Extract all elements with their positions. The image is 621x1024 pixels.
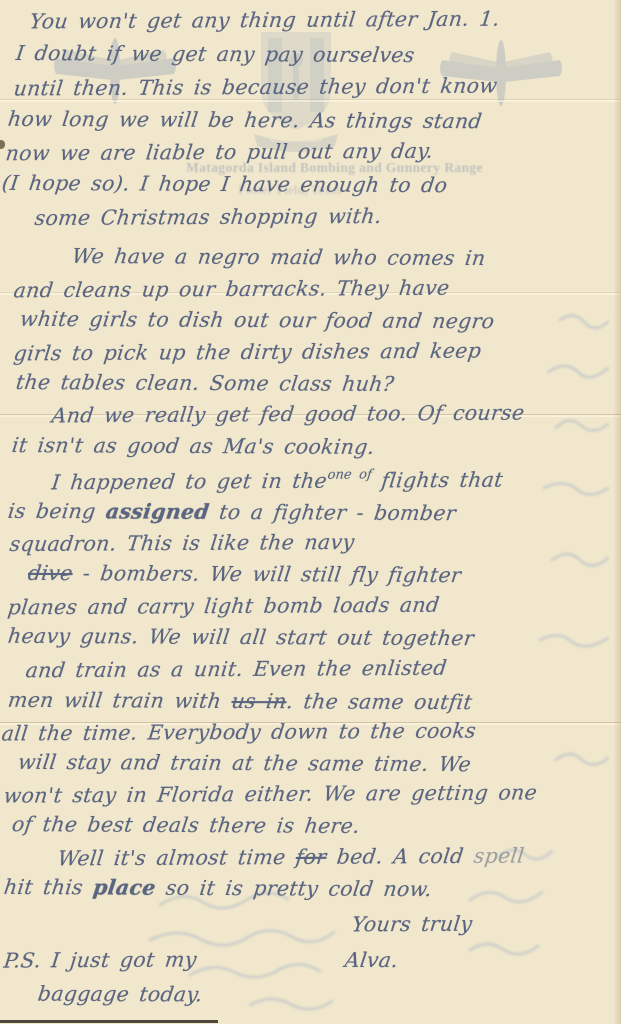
letter-text-segment: You won't get any thing until after Jan.… bbox=[28, 7, 501, 34]
letter-text-segment: place bbox=[92, 875, 157, 899]
letter-text-segment: won't stay in Florida either. We are get… bbox=[2, 780, 538, 807]
letter-line-body: of the best deals there is here. bbox=[11, 812, 362, 838]
letter-text-segment: bed. A cold bbox=[325, 844, 475, 869]
letter-line-body: and cleans up our barracks. They have bbox=[12, 276, 450, 303]
letter-text-segment: men will train with bbox=[7, 688, 234, 713]
letter-text-segment: I doubt if we get any pay ourselves bbox=[15, 41, 417, 67]
letter-text-segment: planes and carry light bomb loads and bbox=[6, 593, 441, 620]
letter-text-segment: white girls to dish out our food and neg… bbox=[19, 307, 496, 333]
letter-text-segment: And we really get fed good too. Of cours… bbox=[50, 401, 525, 428]
letter-line-body: squadron. This is like the navy bbox=[8, 530, 355, 556]
letter-line-body: We have a negro maid who comes in bbox=[71, 244, 487, 270]
letter-line-body: now we are liable to pull out any day. bbox=[4, 139, 434, 166]
letter-text-segment: We have a negro maid who comes in bbox=[71, 244, 487, 270]
letter-line-body: white girls to dish out our food and neg… bbox=[19, 307, 496, 333]
letter-text-segment: us in bbox=[230, 689, 288, 713]
letter-text-segment: one of bbox=[327, 467, 373, 482]
letter-text-segment: P.S. I just got my bbox=[3, 947, 199, 972]
letter-line-body: I happened to get in theone of flights t… bbox=[50, 467, 504, 495]
letter-line-signature: Alva. bbox=[343, 948, 399, 972]
letter-line-body: is being assigned to a fighter - bomber bbox=[7, 499, 458, 525]
letter-line-body: won't stay in Florida either. We are get… bbox=[2, 780, 538, 807]
letter-text-segment: spell bbox=[472, 844, 525, 868]
letter-line-postscript: baggage today. bbox=[37, 982, 205, 1007]
letter-line-body: You won't get any thing until after Jan.… bbox=[28, 7, 501, 34]
letter-line-body: will stay and train at the same time. We bbox=[17, 750, 473, 776]
letter-text-segment: all the time. Everybody down to the cook… bbox=[0, 719, 477, 746]
letter-text-segment: to a fighter - bomber bbox=[208, 500, 458, 525]
letter-text-segment: girls to pick up the dirty dishes and ke… bbox=[12, 339, 482, 366]
letter-text-segment: will stay and train at the same time. We bbox=[17, 750, 473, 776]
letter-text-segment: I happened to get in the bbox=[50, 469, 328, 495]
letter-text-segment: . the same outfit bbox=[285, 689, 474, 714]
letter-line-body: it isn't as good as Ma's cooking. bbox=[11, 433, 377, 459]
letter-text-segment: how long we will be here. As things stan… bbox=[7, 107, 484, 133]
letter-text-segment: dive bbox=[27, 561, 75, 585]
letter-text-segment: Alva. bbox=[343, 948, 399, 972]
letter-line-body: Well it's almost time for bed. A cold sp… bbox=[56, 844, 525, 871]
letter-line-postscript: P.S. I just got my bbox=[3, 947, 199, 972]
letter-text-segment: it isn't as good as Ma's cooking. bbox=[11, 433, 377, 459]
letter-text-segment: (I hope so). I hope I have enough to do bbox=[1, 171, 449, 197]
letter-line-body: I doubt if we get any pay ourselves bbox=[15, 41, 417, 67]
letter-line-body: all the time. Everybody down to the cook… bbox=[0, 719, 477, 746]
letter-line-body: until then. This is because they don't k… bbox=[12, 74, 498, 101]
letter-text-segment: until then. This is because they don't k… bbox=[12, 74, 498, 101]
letter-text-segment: the tables clean. Some class huh? bbox=[15, 370, 396, 396]
letter-line-body: some Christmas shopping with. bbox=[33, 204, 383, 230]
letter-text-segment: so it is pretty cold now. bbox=[154, 876, 433, 901]
letter-text-segment: flights that bbox=[370, 468, 505, 493]
letter-line-body: the tables clean. Some class huh? bbox=[15, 370, 396, 396]
letter-text-segment: is being bbox=[7, 499, 108, 524]
letter-line-body: girls to pick up the dirty dishes and ke… bbox=[12, 339, 482, 366]
letter-text-segment: - bombers. We will still fly fighter bbox=[71, 561, 463, 587]
letter-page: Matagorda Island Bombing and Gunnery Ran… bbox=[0, 0, 621, 1024]
letter-line-body: hit this place so it is pretty cold now. bbox=[3, 875, 434, 901]
letter-text-segment: Well it's almost time bbox=[56, 845, 297, 870]
letter-line-body: (I hope so). I hope I have enough to do bbox=[1, 171, 449, 197]
letter-text-segment: now we are liable to pull out any day. bbox=[4, 139, 434, 166]
letter-line-body: how long we will be here. As things stan… bbox=[7, 107, 484, 133]
letter-text-segment: heavy guns. We will all start out togeth… bbox=[7, 624, 476, 650]
letter-line-body: planes and carry light bomb loads and bbox=[6, 593, 441, 620]
letter-line-body: and train as a unit. Even the enlisted bbox=[24, 656, 448, 683]
letter-text-segment: of the best deals there is here. bbox=[11, 812, 362, 838]
letter-text-segment: squadron. This is like the navy bbox=[8, 530, 355, 556]
letter-text-segment: baggage today. bbox=[37, 982, 205, 1007]
letter-line-body: men will train with us in. the same outf… bbox=[7, 688, 474, 714]
letter-text-segment: some Christmas shopping with. bbox=[33, 204, 383, 230]
letter-line-closing: Yours truly bbox=[351, 912, 474, 937]
letter-line-body: dive - bombers. We will still fly fighte… bbox=[27, 561, 463, 587]
letter-body: You won't get any thing until after Jan.… bbox=[0, 0, 621, 1024]
letter-text-segment: Yours truly bbox=[351, 912, 474, 937]
letter-text-segment: hit this bbox=[3, 875, 95, 899]
letter-text-segment: assigned bbox=[104, 499, 210, 524]
letter-line-body: heavy guns. We will all start out togeth… bbox=[7, 624, 476, 650]
letter-text-segment: for bbox=[295, 845, 328, 869]
letter-text-segment: and cleans up our barracks. They have bbox=[12, 276, 450, 303]
letter-line-body: And we really get fed good too. Of cours… bbox=[50, 401, 525, 428]
letter-text-segment: and train as a unit. Even the enlisted bbox=[24, 656, 448, 683]
